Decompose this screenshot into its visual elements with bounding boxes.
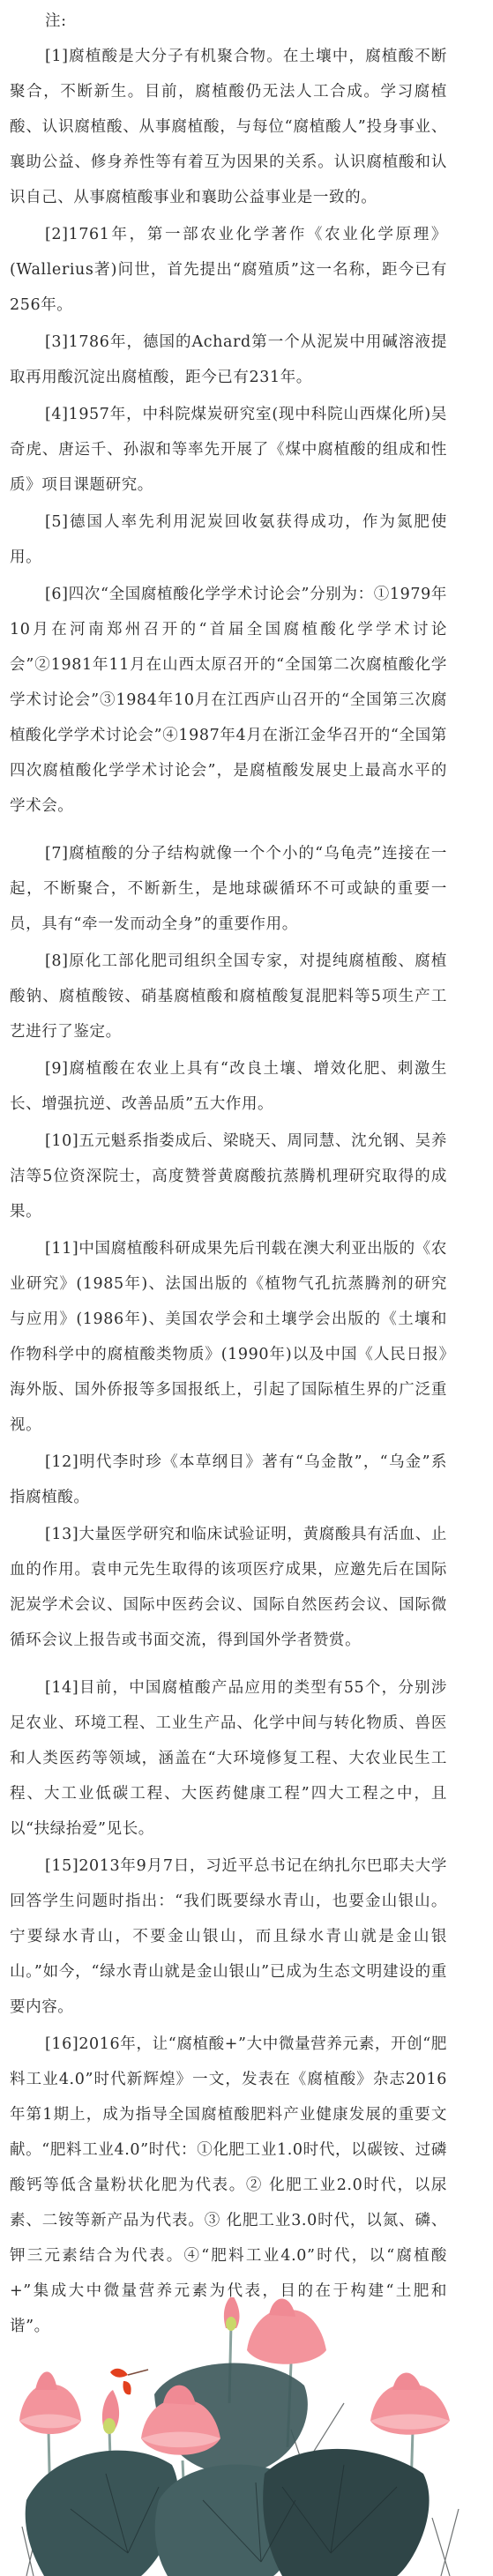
note-5: [5]德国人率先利用泥炭回收氨获得成功，作为氮肥使用。 (10, 504, 447, 575)
note-10: [10]五元魁系指娄成后、梁晓天、周同慧、沈允钢、吴养洁等5位资深院士，高度赞誉… (10, 1124, 447, 1229)
lotus-flower-left (19, 2371, 81, 2434)
note-6: [6]四次“全国腐植酸化学学术讨论会”分别为：①1979年10月在河南郑州召开的… (10, 577, 447, 824)
lotus-illustration (0, 2297, 493, 2576)
note-7: [7]腐植酸的分子结构就像一个个小的“乌龟壳”连接在一起，不断聚合，不断新生，是… (10, 836, 447, 942)
note-16: [16]2016年，让“腐植酸+”大中微量营养元素，开创“肥料工业4.0”时代新… (10, 2027, 447, 2344)
note-1: [1]腐植酸是大分子有机聚合物。在土壤中，腐植酸不断聚合，不断新生。目前，腐植酸… (10, 39, 447, 215)
note-4: [4]1957年，中科院煤炭研究室(现中科院山西煤化所)吴奇虎、唐运千、孙淑和等… (10, 397, 447, 503)
note-9: [9]腐植酸在农业上具有“改良土壤、增效化肥、刺激生长、增强抗逆、改善品质”五大… (10, 1051, 447, 1122)
note-11: [11]中国腐植酸科研成果先后刊载在澳大利亚出版的《农业研究》(1985年)、法… (10, 1231, 447, 1443)
footnotes-document: 注: [1]腐植酸是大分子有机聚合物。在土壤中，腐植酸不断聚合，不断新生。目前，… (10, 4, 447, 2344)
lotus-painting-icon (0, 2297, 493, 2576)
lotus-flower-right (370, 2372, 450, 2434)
note-2: [2]1761年，第一部农业化学著作《农业化学原理》(Wallerius著)问世… (10, 217, 447, 323)
note-13: [13]大量医学研究和临床试验证明，黄腐酸具有活血、止血的作用。袁申元先生取得的… (10, 1517, 447, 1658)
dragonfly-icon (110, 2369, 148, 2395)
note-8: [8]原化工部化肥司组织全国专家，对提纯腐植酸、腐植酸钠、腐植酸铵、硝基腐植酸和… (10, 944, 447, 1049)
note-15: [15]2013年9月7日，习近平总书记在纳扎尔巴耶夫大学回答学生问题时指出：“… (10, 1848, 447, 2025)
note-3: [3]1786年，德国的Achard第一个从泥炭中用碱溶液提取再用酸沉淀出腐植酸… (10, 325, 447, 395)
notes-heading: 注: (10, 4, 447, 39)
note-14: [14]目前，中国腐植酸产品应用的类型有55个，分别涉足农业、环境工程、工业生产… (10, 1670, 447, 1847)
lotus-flower-top (247, 2298, 326, 2363)
note-12: [12]明代李时珍《本草纲目》著有“乌金散”，“乌金”系指腐植酸。 (10, 1445, 447, 1515)
